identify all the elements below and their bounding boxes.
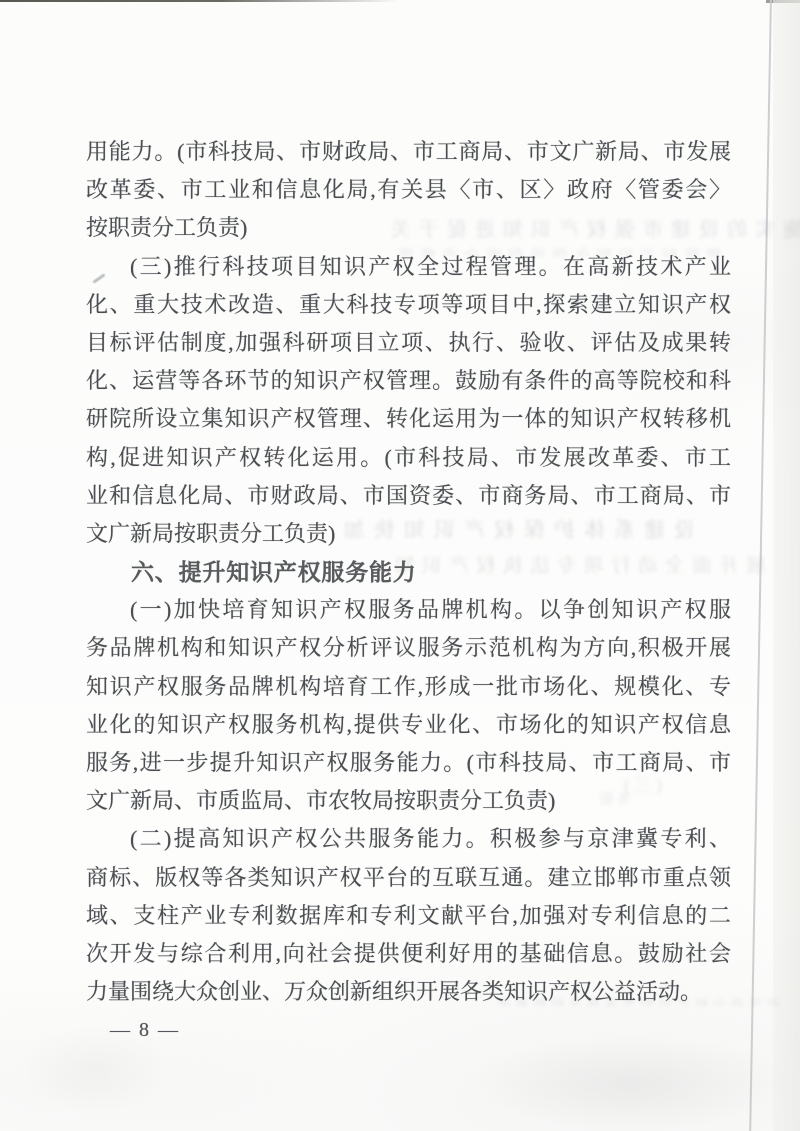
document-line: 次开发与综合利用,向社会提供便利好用的基础信息。鼓励社会	[86, 935, 731, 973]
document-line: 服务,进一步提升知识产权服务能力。(市科技局、市工商局、市	[86, 744, 731, 782]
document-line: 力量围绕大众创业、万众创新组织开展各类知识产权公益活动。	[86, 973, 731, 1011]
document-body: 用能力。(市科技局、市财政局、市工商局、市文广新局、市发展 改革委、市工业和信息…	[86, 133, 731, 1011]
document-line: 文广新局、市质监局、市农牧局按职责分工负责)	[86, 782, 731, 820]
document-line: 知识产权服务品牌机构培育工作,形成一批市场化、规模化、专	[86, 668, 731, 706]
document-line: 目标评估制度,加强科研项目立项、执行、验收、评估及成果转	[86, 324, 731, 362]
scan-top-edge-artifact	[0, 0, 400, 2]
scanned-document-page: 见意施实的设建市强权产识知进促于关 理管权产识知化强进促面全市郸邯 设建系体护保…	[0, 0, 800, 1131]
document-line: 文广新局按职责分工负责)	[86, 515, 731, 553]
page-edge-strip	[773, 0, 800, 1131]
section-heading: 六、提升知识产权服务能力	[86, 553, 731, 591]
document-line: 用能力。(市科技局、市财政局、市工商局、市文广新局、市发展	[86, 133, 731, 171]
document-line: 化、运营等各环节的知识产权管理。鼓励有条件的高等院校和科	[86, 362, 731, 400]
document-line: 域、支柱产业专利数据库和专利文献平台,加强对专利信息的二	[86, 897, 731, 935]
page-edge-line	[749, 0, 772, 1131]
document-line: 务品牌机构和知识产权分析评议服务示范机构为方向,积极开展	[86, 629, 731, 667]
paper-smudge	[470, 1035, 790, 1130]
document-line: 业化的知识产权服务机构,提供专业化、市场化的知识产权信息	[86, 706, 731, 744]
document-line: (三)推行科技项目知识产权全过程管理。在高新技术产业	[86, 248, 731, 286]
document-line: 按职责分工负责)	[86, 209, 731, 247]
page-number: — 8 —	[110, 1019, 180, 1042]
document-line: 改革委、市工业和信息化局,有关县〈市、区〉政府〈管委会〉	[86, 171, 731, 209]
document-line: 构,促进知识产权转化运用。(市科技局、市发展改革委、市工	[86, 439, 731, 477]
document-line: 业和信息化局、市财政局、市国资委、市商务局、市工商局、市	[86, 477, 731, 515]
document-line: (二)提高知识产权公共服务能力。积极参与京津冀专利、	[86, 820, 731, 858]
document-line: 研院所设立集知识产权管理、转化运用为一体的知识产权转移机	[86, 400, 731, 438]
document-line: 商标、版权等各类知识产权平台的互联互通。建立邯郸市重点领	[86, 859, 731, 897]
document-line: 化、重大技术改造、重大科技专项等项目中,探索建立知识产权	[86, 286, 731, 324]
document-line: (一)加快培育知识产权服务品牌机构。以争创知识产权服	[86, 591, 731, 629]
